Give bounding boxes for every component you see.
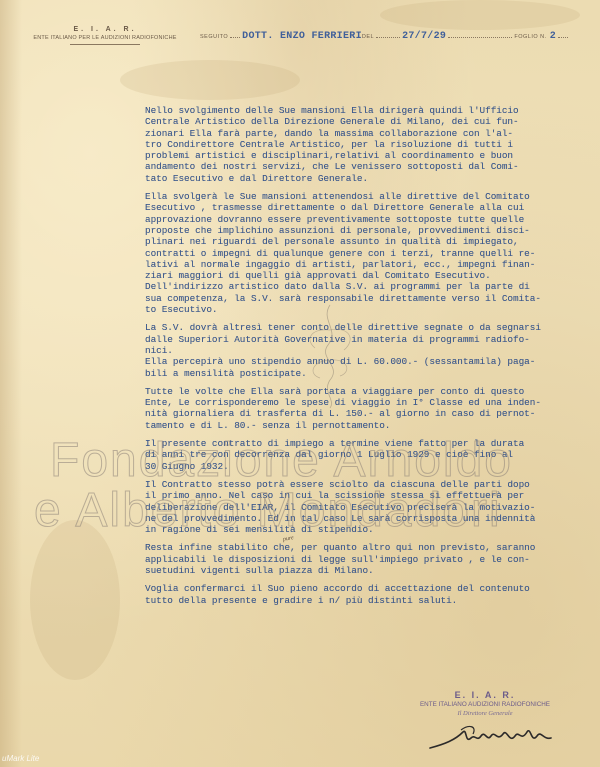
stamp-organization: ENTE ITALIANO AUDIZIONI RADIOFONICHE [405, 701, 565, 708]
letter-date: 27/7/29 [402, 31, 446, 42]
signature-icon [425, 722, 575, 752]
paragraph-contract-term: Il presente contratto di impiego a termi… [145, 438, 575, 472]
dotted-rule [558, 31, 568, 38]
paragraph-travel: Tutte le volte che Ella sarà portata a v… [145, 386, 575, 431]
letterhead-initials: E. I. A. R. [30, 26, 180, 33]
sheet-header: Seguito DOTT. ENZO FERRIERI del 27/7/29 … [200, 31, 570, 42]
document-page: E. I. A. R. ENTE ITALIANO PER LE AUDIZIO… [0, 0, 600, 767]
dotted-rule [230, 31, 240, 38]
paragraph-closing: Voglia confermarci il Suo pieno accordo … [145, 583, 575, 606]
footer-watermark: uMark Lite [2, 754, 39, 763]
paper-stain [380, 0, 580, 30]
paragraph-duties: Nello svolgimento delle Sue mansioni Ell… [145, 105, 575, 184]
paragraph-government: La S.V. dovrà altresì tener conto delle … [145, 322, 575, 356]
letterhead: E. I. A. R. ENTE ITALIANO PER LE AUDIZIO… [30, 26, 180, 45]
sheet-number: 2 [550, 31, 556, 42]
seguito-label: Seguito [200, 34, 228, 40]
company-stamp: E. I. A. R. ENTE ITALIANO AUDIZIONI RADI… [405, 690, 565, 717]
paragraph-directives: Ella svolgerà le Sue mansioni attenendos… [145, 191, 575, 315]
letter-body: Nello svolgimento delle Sue mansioni Ell… [145, 105, 575, 613]
stamp-initials: E. I. A. R. [405, 690, 565, 700]
letterhead-rule [70, 44, 140, 45]
dotted-rule [376, 31, 400, 38]
foglio-label: Foglio N. [514, 34, 546, 40]
letterhead-organization: ENTE ITALIANO PER LE AUDIZIONI RADIOFONI… [30, 35, 180, 41]
stamp-role: Il Direttore Generale [405, 710, 565, 717]
paragraph-termination: Il Contratto stesso potrà essere sciolto… [145, 479, 575, 535]
del-label: del [362, 34, 374, 40]
paper-stain [30, 520, 120, 680]
recipient-name: DOTT. ENZO FERRIERI [242, 31, 362, 42]
dotted-rule [448, 31, 512, 38]
paragraph-salary: Ella percepirà uno stipendio annuo di L.… [145, 356, 575, 379]
paragraph-legal: Resta infine stabilito che, per quanto a… [145, 542, 575, 576]
paper-stain [120, 60, 300, 100]
